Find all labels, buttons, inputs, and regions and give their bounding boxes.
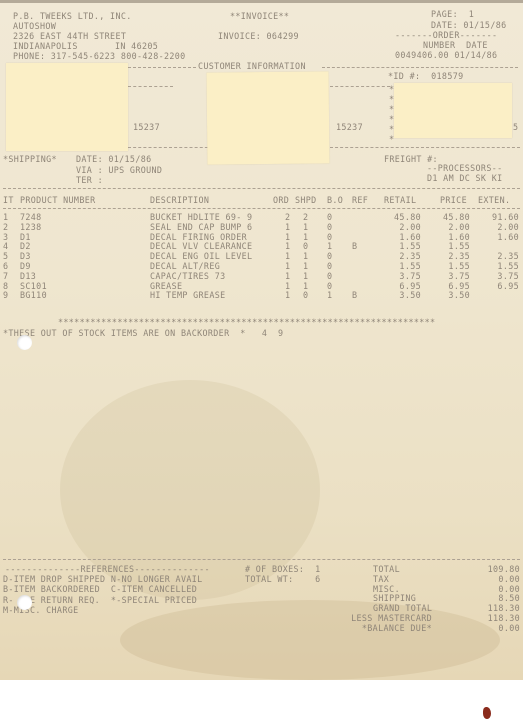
invoice-number: INVOICE: 064299 [218,32,299,41]
billing-zip: 15237 [133,123,160,132]
order-column-labels: NUMBER DATE [423,41,488,50]
cell-shpd: 1 [303,272,308,281]
cell-ord: 1 [285,262,290,271]
backorder-note: *THESE OUT OF STOCK ITEMS ARE ON BACKORD… [3,329,283,338]
cell-bo: 0 [327,252,332,261]
references-title: --------------REFERENCES-------------- [5,565,210,574]
divider [128,86,173,87]
customer-id: *ID #: 018579 [388,72,464,81]
col-bo: B.O [327,196,343,205]
cell-product: 7248 [20,213,42,222]
cell-description: CAPAC/TIRES 73 [150,272,226,281]
table-row: 7D13CAPAC/TIRES 731103.753.753.75 [0,272,523,281]
cell-product: BG110 [20,291,47,300]
company-state-zip: IN 46205 [115,42,158,51]
cell-exten: 3.75 [474,272,519,281]
divider [128,67,196,68]
cell-retail: 2.35 [376,252,421,261]
page-number: PAGE: 1 [431,10,474,19]
total-value: 109.80 [460,565,520,574]
customer-section-title: CUSTOMER INFORMATION [198,62,306,71]
shipping-ter: TER : [76,176,103,185]
cell-description: HI TEMP GREASE [150,291,226,300]
cell-ord: 1 [285,252,290,261]
cell-description: DECAL VLV CLEARANCE [150,242,252,251]
total-value: 8.50 [460,594,520,603]
cell-description: SEAL END CAP BUMP 6 [150,223,252,232]
cell-ref: B [352,291,357,300]
col-ref: REF [352,196,368,205]
cell-it: 5 [3,252,8,261]
total-value: 118.30 [460,604,520,613]
total-label: TOTAL [373,565,453,574]
divider [330,86,390,87]
divider [322,67,518,68]
sticky-note-redaction [207,71,330,164]
processors-title: --PROCESSORS-- [427,164,503,173]
col-it: IT [3,196,14,205]
col-product: PRODUCT NUMBER [20,196,96,205]
cell-exten: 6.95 [474,282,519,291]
cell-product: 1238 [20,223,42,232]
divider [128,147,213,148]
cell-product: D3 [20,252,31,261]
cell-description: BUCKET HDLITE 69- 9 [150,213,252,222]
cell-exten: 2.35 [474,252,519,261]
cell-ord: 1 [285,223,290,232]
total-label: SHIPPING [373,594,453,603]
cell-retail: 45.80 [376,213,421,222]
cell-retail: 3.75 [376,272,421,281]
sticky-note-redaction [6,63,128,151]
col-exten: EXTEN. [478,196,510,205]
invoice-date: DATE: 01/15/86 [431,21,507,30]
cell-retail: 1.60 [376,233,421,242]
order-values: 0049406.00 01/14/86 [395,51,497,60]
total-label: *BALANCE DUE* [300,624,432,633]
cell-price: 2.35 [425,252,470,261]
cell-exten: 91.60 [474,213,519,222]
punch-hole [17,335,32,350]
punch-hole [17,595,32,610]
table-row: 21238SEAL END CAP BUMP 61102.002.002.00 [0,223,523,232]
divider [3,559,520,560]
cell-it: 1 [3,213,8,222]
cell-ord: 1 [285,272,290,281]
col-description: DESCRIPTION [150,196,209,205]
stain-mark [483,707,491,719]
cell-product: D1 [20,233,31,242]
cell-exten: 1.55 [474,262,519,271]
cell-it: 7 [3,272,8,281]
reference-line: B-ITEM BACKORDERED C-ITEM CANCELLED [3,585,197,594]
cell-ord: 2 [285,213,290,222]
cell-bo: 0 [327,233,332,242]
total-label: MISC. [373,585,453,594]
cell-product: D9 [20,262,31,271]
cell-price: 3.75 [425,272,470,281]
cell-ord: 1 [285,242,290,251]
col-ord: ORD [273,196,289,205]
cell-shpd: 1 [303,233,308,242]
col-shpd: SHPD [295,196,317,205]
total-label: GRAND TOTAL [373,604,453,613]
cell-exten: 2.00 [474,223,519,232]
cell-shpd: 1 [303,223,308,232]
company-phone: PHONE: 317-545-6223 800-428-2200 [13,52,186,61]
cell-description: GREASE [150,282,182,291]
cell-ref: B [352,242,357,251]
company-division: AUTOSHOW [13,22,56,31]
table-row: 17248BUCKET HDLITE 69- 922045.8045.8091.… [0,213,523,222]
cell-exten: 1.60 [474,233,519,242]
cell-it: 9 [3,291,8,300]
cell-bo: 0 [327,282,332,291]
total-value: 0.00 [460,624,520,633]
cell-ord: 1 [285,233,290,242]
cell-product: D2 [20,242,31,251]
cell-shpd: 1 [303,282,308,291]
invoice-paper: P.B. TWEEKS LTD., INC. AUTOSHOW 2326 EAS… [0,0,523,680]
document-title: **INVOICE** [230,12,289,21]
cell-shpd: 1 [303,252,308,261]
cell-it: 3 [3,233,8,242]
table-row: 6D9DECAL ALT/REG1101.551.551.55 [0,262,523,271]
shipping-via: VIA : UPS GROUND [76,166,162,175]
cell-product: D13 [20,272,36,281]
cell-ord: 1 [285,291,290,300]
cell-retail: 2.00 [376,223,421,232]
backorder-stars: ****************************************… [58,318,435,327]
cell-bo: 0 [327,223,332,232]
total-value: 0.00 [460,585,520,594]
total-value: 0.00 [460,575,520,584]
shipping-date: DATE: 01/15/86 [76,155,152,164]
col-price: PRICE [440,196,467,205]
cell-retail: 6.95 [376,282,421,291]
reference-line: M-MISC. CHARGE [3,606,79,615]
cell-price: 1.55 [425,262,470,271]
customer-trailing: 5 [513,123,518,132]
company-street: 2326 EAST 44TH STREET [13,32,126,41]
cell-ord: 1 [285,282,290,291]
reference-line: R- RE RETURN REQ. *-SPECIAL PRICED [3,596,197,605]
cell-description: DECAL ALT/REG [150,262,220,271]
cell-retail: 1.55 [376,262,421,271]
cell-retail: 3.50 [376,291,421,300]
total-label: LESS MASTERCARD [300,614,432,623]
divider [3,188,520,189]
total-weight: TOTAL WT: 6 [245,575,321,584]
cell-bo: 0 [327,272,332,281]
total-label: TAX [373,575,453,584]
cell-shpd: 0 [303,291,308,300]
cell-price: 2.00 [425,223,470,232]
cell-price: 45.80 [425,213,470,222]
number-of-boxes: # OF BOXES: 1 [245,565,321,574]
cell-it: 8 [3,282,8,291]
cell-description: DECAL FIRING ORDER [150,233,247,242]
table-row: 9BG110HI TEMP GREASE101B3.503.50 [0,291,523,300]
table-row: 4D2DECAL VLV CLEARANCE101B1.551.55 [0,242,523,251]
col-retail: RETAIL [384,196,416,205]
cell-bo: 1 [327,242,332,251]
cell-description: DECAL ENG OIL LEVEL [150,252,252,261]
cell-it: 4 [3,242,8,251]
cell-price: 1.60 [425,233,470,242]
table-row: 3D1DECAL FIRING ORDER1101.601.601.60 [0,233,523,242]
cell-shpd: 0 [303,242,308,251]
cell-it: 6 [3,262,8,271]
cell-bo: 1 [327,291,332,300]
table-row: 8SC101GREASE1106.956.956.95 [0,282,523,291]
order-section-title: -------ORDER------- [395,31,497,40]
divider [3,208,520,209]
cell-price: 6.95 [425,282,470,291]
cell-bo: 0 [327,213,332,222]
sticky-note-redaction [394,83,512,138]
company-name: P.B. TWEEKS LTD., INC. [13,12,132,21]
processors-list: D1 AM DC SK KI [427,174,503,183]
cell-price: 1.55 [425,242,470,251]
cell-it: 2 [3,223,8,232]
shipping-label: *SHIPPING* [3,155,57,164]
shipping-zip: 15237 [336,123,363,132]
cell-price: 3.50 [425,291,470,300]
cell-retail: 1.55 [376,242,421,251]
table-header: IT PRODUCT NUMBER DESCRIPTION ORD SHPD B… [0,196,523,205]
divider [330,147,520,148]
table-row: 5D3DECAL ENG OIL LEVEL1102.352.352.35 [0,252,523,261]
total-value: 118.30 [460,614,520,623]
reference-line: D-ITEM DROP SHIPPED N-NO LONGER AVAIL [3,575,203,584]
cell-product: SC101 [20,282,47,291]
cell-shpd: 2 [303,213,308,222]
company-city: INDIANAPOLIS [13,42,78,51]
cell-bo: 0 [327,262,332,271]
cell-shpd: 1 [303,262,308,271]
